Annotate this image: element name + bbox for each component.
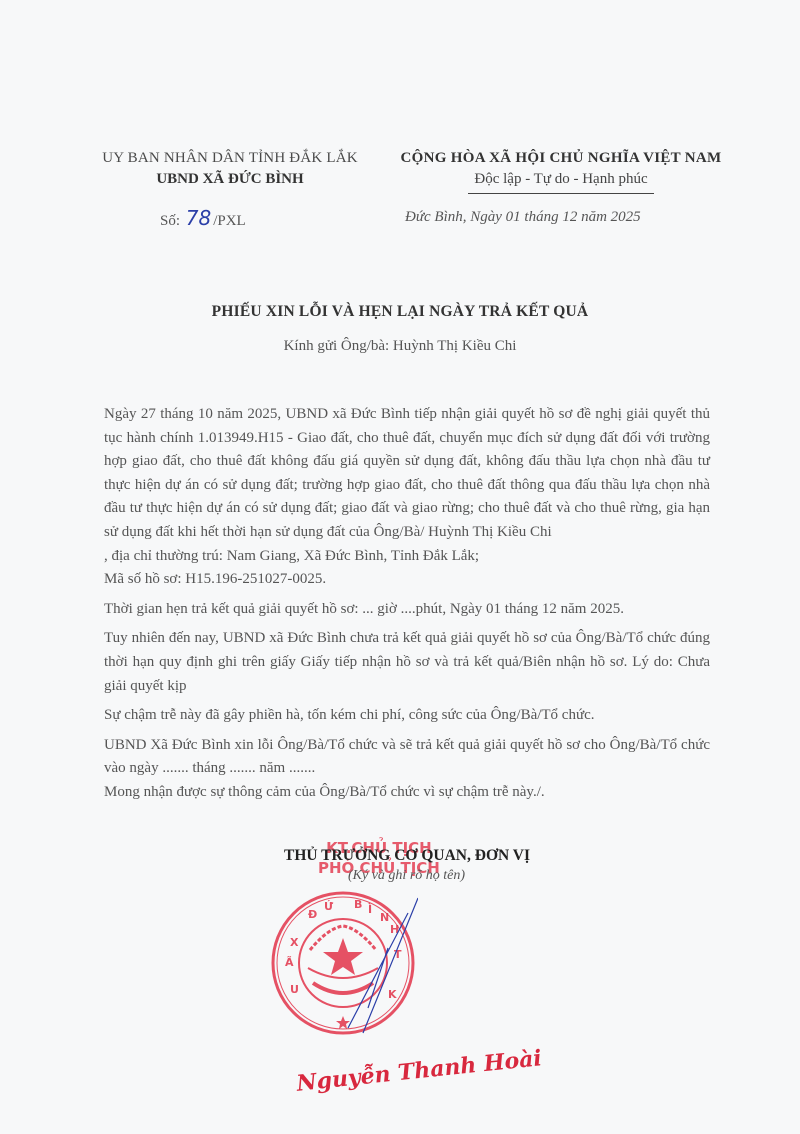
document-number: Số: 78/PXL [160, 206, 246, 230]
header-left: UY BAN NHÂN DÂN TỈNH ĐẮK LẮK UBND XÃ ĐỨC… [60, 148, 400, 190]
svg-text:Đ: Đ [308, 908, 317, 921]
svg-text:B: B [354, 898, 362, 911]
svg-text:Ứ: Ứ [324, 900, 334, 913]
signer-name: Nguyễn Thanh Hoài [295, 1045, 543, 1097]
svg-text:Ì: Ì [368, 903, 372, 916]
document-body: Ngày 27 tháng 10 năm 2025, UBND xã Đức B… [104, 403, 710, 805]
paragraph-apology: UBND Xã Đức Bình xin lỗi Ông/Bà/Tổ chức … [104, 734, 710, 781]
unit-name: UBND XÃ ĐỨC BÌNH [60, 169, 400, 190]
svg-text:N: N [380, 911, 389, 924]
official-seal-icon: X Ã Đ Ứ B Ì N H T K U [268, 888, 418, 1038]
place-date: Đức Bình, Ngày 01 tháng 12 năm 2025 [405, 209, 641, 226]
signature-title: THỦ TRƯỞNG CƠ QUAN, ĐƠN VỊ [284, 847, 530, 865]
svg-text:X: X [290, 936, 299, 949]
paragraph-address: , địa chỉ thường trú: Nam Giang, Xã Đức … [104, 545, 710, 569]
svg-text:K: K [388, 988, 397, 1001]
paragraph-appointment: Thời gian hẹn trả kết quả giải quyết hồ … [104, 598, 710, 622]
svg-text:U: U [290, 983, 299, 996]
document-title: PHIẾU XIN LỖI VÀ HẸN LẠI NGÀY TRẢ KẾT QU… [0, 303, 800, 321]
svg-text:Ã: Ã [285, 956, 294, 969]
doc-number-handwritten: 78 [186, 206, 211, 230]
doc-number-prefix: Số: [160, 213, 180, 229]
motto: Độc lập - Tự do - Hạnh phúc [372, 169, 750, 190]
doc-number-suffix: /PXL [213, 213, 246, 229]
paragraph-file-code: Mã số hồ sơ: H15.196-251027-0025. [104, 568, 710, 592]
nation-name: CỘNG HÒA XÃ HỘI CHỦ NGHĨA VIỆT NAM [372, 148, 750, 169]
paragraph-receipt: Ngày 27 tháng 10 năm 2025, UBND xã Đức B… [104, 403, 710, 545]
paragraph-inconvenience: Sự chậm trễ này đã gây phiền hà, tốn kém… [104, 704, 710, 728]
header-right: CỘNG HÒA XÃ HỘI CHỦ NGHĨA VIỆT NAM Độc l… [372, 148, 750, 194]
organization-name: UY BAN NHÂN DÂN TỈNH ĐẮK LẮK [60, 148, 400, 169]
signature-note: (Ký và ghi rõ họ tên) [348, 868, 465, 884]
salutation: Kính gửi Ông/bà: Huỳnh Thị Kiều Chi [0, 338, 800, 355]
paragraph-delay: Tuy nhiên đến nay, UBND xã Đức Bình chưa… [104, 627, 710, 698]
svg-text:H: H [390, 923, 399, 936]
paragraph-closing: Mong nhận được sự thông cảm của Ông/Bà/T… [104, 781, 710, 805]
motto-underline [468, 193, 654, 194]
document-page: UY BAN NHÂN DÂN TỈNH ĐẮK LẮK UBND XÃ ĐỨC… [0, 0, 800, 1134]
